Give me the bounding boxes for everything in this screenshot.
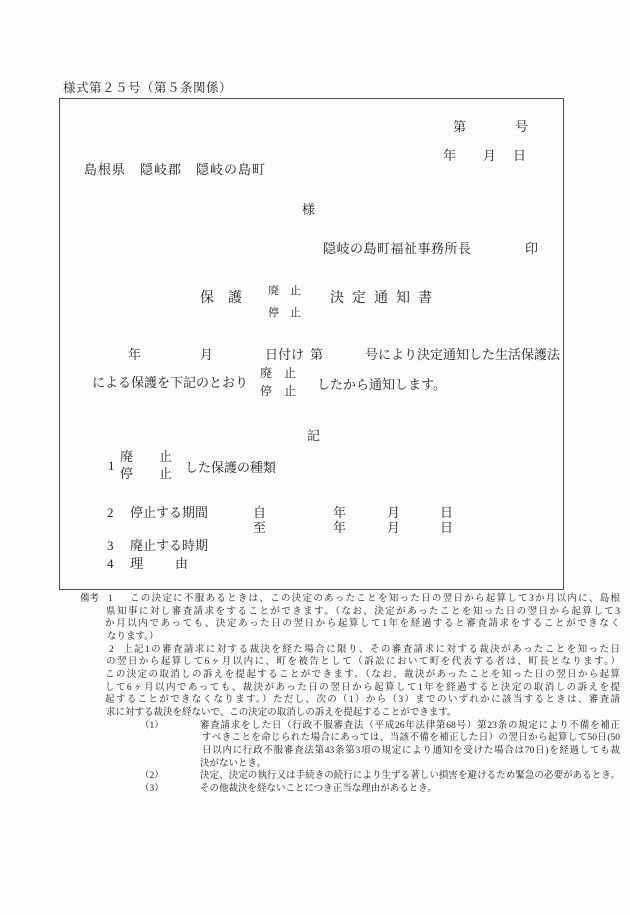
title-left: 保 護: [200, 292, 242, 306]
addressee-honorific: 様: [302, 203, 315, 216]
remark-text: なります。）: [107, 631, 159, 644]
remark-text: の翌日から起算して6ヶ月以内に、町を被告として（訴訟において町を代表する者は、町…: [106, 656, 620, 669]
body-month-label: 月: [200, 348, 213, 361]
doc-number-prefix: 第: [453, 120, 466, 133]
body-line2-lead: による保護を下記のとおり: [92, 376, 248, 389]
record-mark: 記: [307, 429, 320, 442]
remark-text: 備考: [80, 593, 99, 606]
item4-number: 4: [107, 557, 114, 570]
item3-label: 廃止する時期: [130, 539, 208, 552]
remark-text: 決定、決定の執行又は手続きの続行により生ずる著しい損害を避けるため緊急の必要があ…: [200, 770, 620, 783]
remark-text: 1: [108, 593, 113, 606]
title-stack-abolish: 廃 止: [268, 286, 301, 297]
remark-text: この決定に不服あるときは、この決定のあったことを知った日の翌日から起算して3か月…: [130, 593, 620, 606]
remark-text: （3）: [140, 783, 164, 796]
item2-from-year: 年: [333, 506, 346, 519]
item4-label-left: 理: [130, 557, 143, 570]
remark-text: か月以内であっても、決定あった日の翌日から起算して1年を経過すると審査請求をする…: [105, 618, 620, 631]
doc-number-suffix: 号: [515, 120, 528, 133]
body-line2-tail: したから通知します。: [317, 378, 446, 391]
item2-number: 2: [107, 506, 114, 519]
item1-stack-suspend: 停 止: [120, 467, 172, 480]
form-label: 様式第２５号（第５条関係）: [63, 82, 232, 95]
item2-to-day: 日: [440, 521, 453, 534]
remark-text: 日以内に行政不服審査法第43条第3項の規定により通知を受けた場合は70日)を経過…: [202, 745, 620, 758]
remark-text: 決がないとき。: [200, 758, 266, 771]
date-day-label: 日: [513, 149, 526, 162]
date-year-label: 年: [443, 149, 456, 162]
document-page: 様式第２５号（第５条関係） 第 号 年 月 日 島根県 隠岐郡 隠岐の島町 様 …: [0, 0, 630, 915]
item2-to-label: 至: [253, 521, 266, 534]
item2-to-month: 月: [387, 521, 400, 534]
body-no-prefix: 第: [310, 348, 323, 361]
item2-label: 停止する期間: [130, 506, 208, 519]
body-line1-rest: 号により決定通知した生活保護法: [365, 348, 560, 361]
issuer-title: 隠岐の島町福祉事務所長: [323, 242, 472, 255]
date-month-label: 月: [483, 149, 496, 162]
remark-text: （2）: [140, 770, 164, 783]
remark-text: この決定の取消しの訴えを提起することができます。（なお、裁決があったことを知った…: [105, 669, 620, 682]
item1-label: した保護の種類: [185, 461, 276, 474]
item2-from-month: 月: [387, 506, 400, 519]
remark-text: 審査請求をした日（行政不服審査法（平成26年法律第68号）第23条の規定により不…: [200, 720, 620, 733]
remark-text: すべきことを命じられた場合にあっては、当該不備を補正した日）の翌日から起算して5…: [202, 732, 620, 745]
seal-placeholder: 印: [525, 242, 538, 255]
body-year-label: 年: [128, 348, 141, 361]
remark-text: して6ヶ月以内であっても、裁決があった日の翌日から起算して1年を経過すると決定の…: [105, 682, 620, 695]
item1-number: 1: [108, 459, 115, 472]
item2-from-day: 日: [440, 506, 453, 519]
item2-to-year: 年: [333, 521, 346, 534]
body-stack-suspend: 停 止: [260, 385, 296, 397]
item1-stack-abolish: 廃 止: [120, 450, 172, 463]
remark-text: （1）: [140, 720, 164, 733]
remark-text: 求に対する裁決を経ないで、この決定の取消しの訴えを提起することができます。: [106, 707, 457, 720]
item4-label-right: 由: [175, 557, 188, 570]
title-stack-suspend: 停 止: [268, 308, 301, 319]
remark-text: 上記1の審査請求に対する裁決を経た場合に限り、その審査請求に対する裁決があったこ…: [123, 644, 620, 657]
title-right: 決定通知書: [330, 292, 440, 306]
remark-text: 県知事に対し審査請求をすることができます。（なお、決定があったことを知った日の翌…: [106, 606, 620, 619]
remark-text: その他裁決を経ないことにつき正当な理由があるとき。: [200, 783, 437, 796]
municipality-address: 島根県 隠岐郡 隠岐の島町: [84, 163, 266, 176]
body-stack-abolish: 廃 止: [260, 367, 296, 379]
item3-number: 3: [107, 539, 114, 552]
item2-from-label: 自: [253, 506, 266, 519]
remark-text: 起することができなくなります。）ただし、次の（1）から（3）までのいずれかに該当…: [105, 694, 620, 707]
remark-text: 2: [109, 644, 114, 657]
body-day-label: 日付け: [265, 348, 304, 361]
